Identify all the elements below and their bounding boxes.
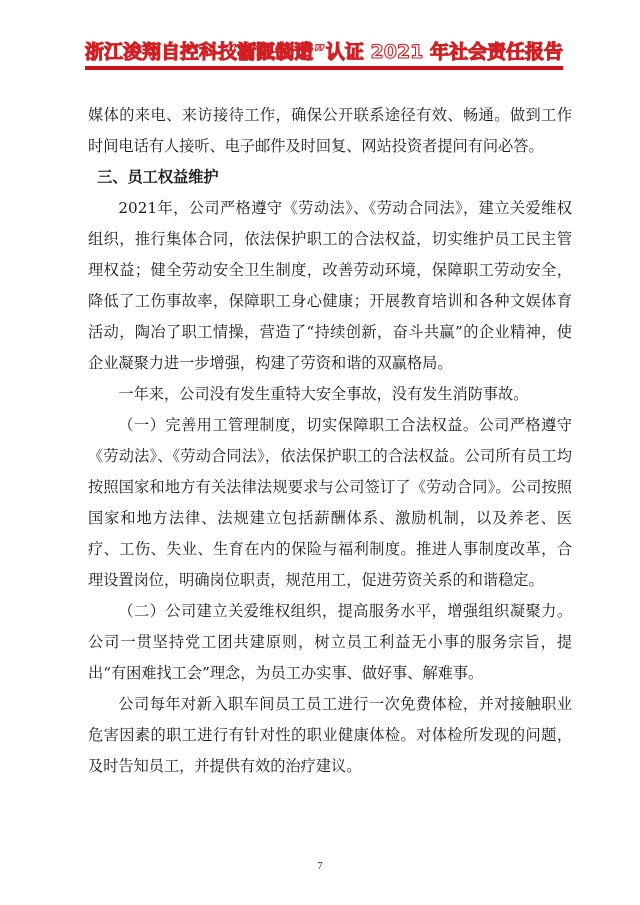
paragraph: 2021年，公司严格遵守《劳动法》、《劳动合同法》，建立关爱维权组织，推行集体合… bbox=[88, 193, 572, 379]
page-header: 浙江浚翔自控科技有限公司 “浙江制造”认证 2021 年社会责任报告 bbox=[85, 40, 563, 64]
document-body: 媒体的来电、来访接待工作，确保公开联系途径有效、畅通。做到工作时间电话有人接听、… bbox=[88, 100, 572, 782]
paragraph: 公司每年对新入职车间员工员工进行一次免费体检，并对接触职业危害因素的职工进行有针… bbox=[88, 689, 572, 782]
paragraph: （二）公司建立关爱维权组织，提高服务水平，增强组织凝聚力。公司一贯坚持党工团共建… bbox=[88, 596, 572, 689]
header-divider bbox=[85, 66, 563, 70]
paragraph: （一）完善用工管理制度，切实保障职工合法权益。公司严格遵守《劳动法》、《劳动合同… bbox=[88, 410, 572, 596]
document-page: 浙江浚翔自控科技有限公司 “浙江制造”认证 2021 年社会责任报告 媒体的来电… bbox=[0, 0, 640, 905]
section-heading: 三、员工权益维护 bbox=[88, 162, 572, 193]
paragraph: 一年来，公司没有发生重特大安全事故，没有发生消防事故。 bbox=[88, 379, 572, 410]
header-report-title: “浙江制造”认证 2021 年社会责任报告 bbox=[225, 40, 563, 64]
paragraph-continuation: 媒体的来电、来访接待工作，确保公开联系途径有效、畅通。做到工作时间电话有人接听、… bbox=[88, 100, 572, 162]
page-number: 7 bbox=[0, 860, 640, 872]
